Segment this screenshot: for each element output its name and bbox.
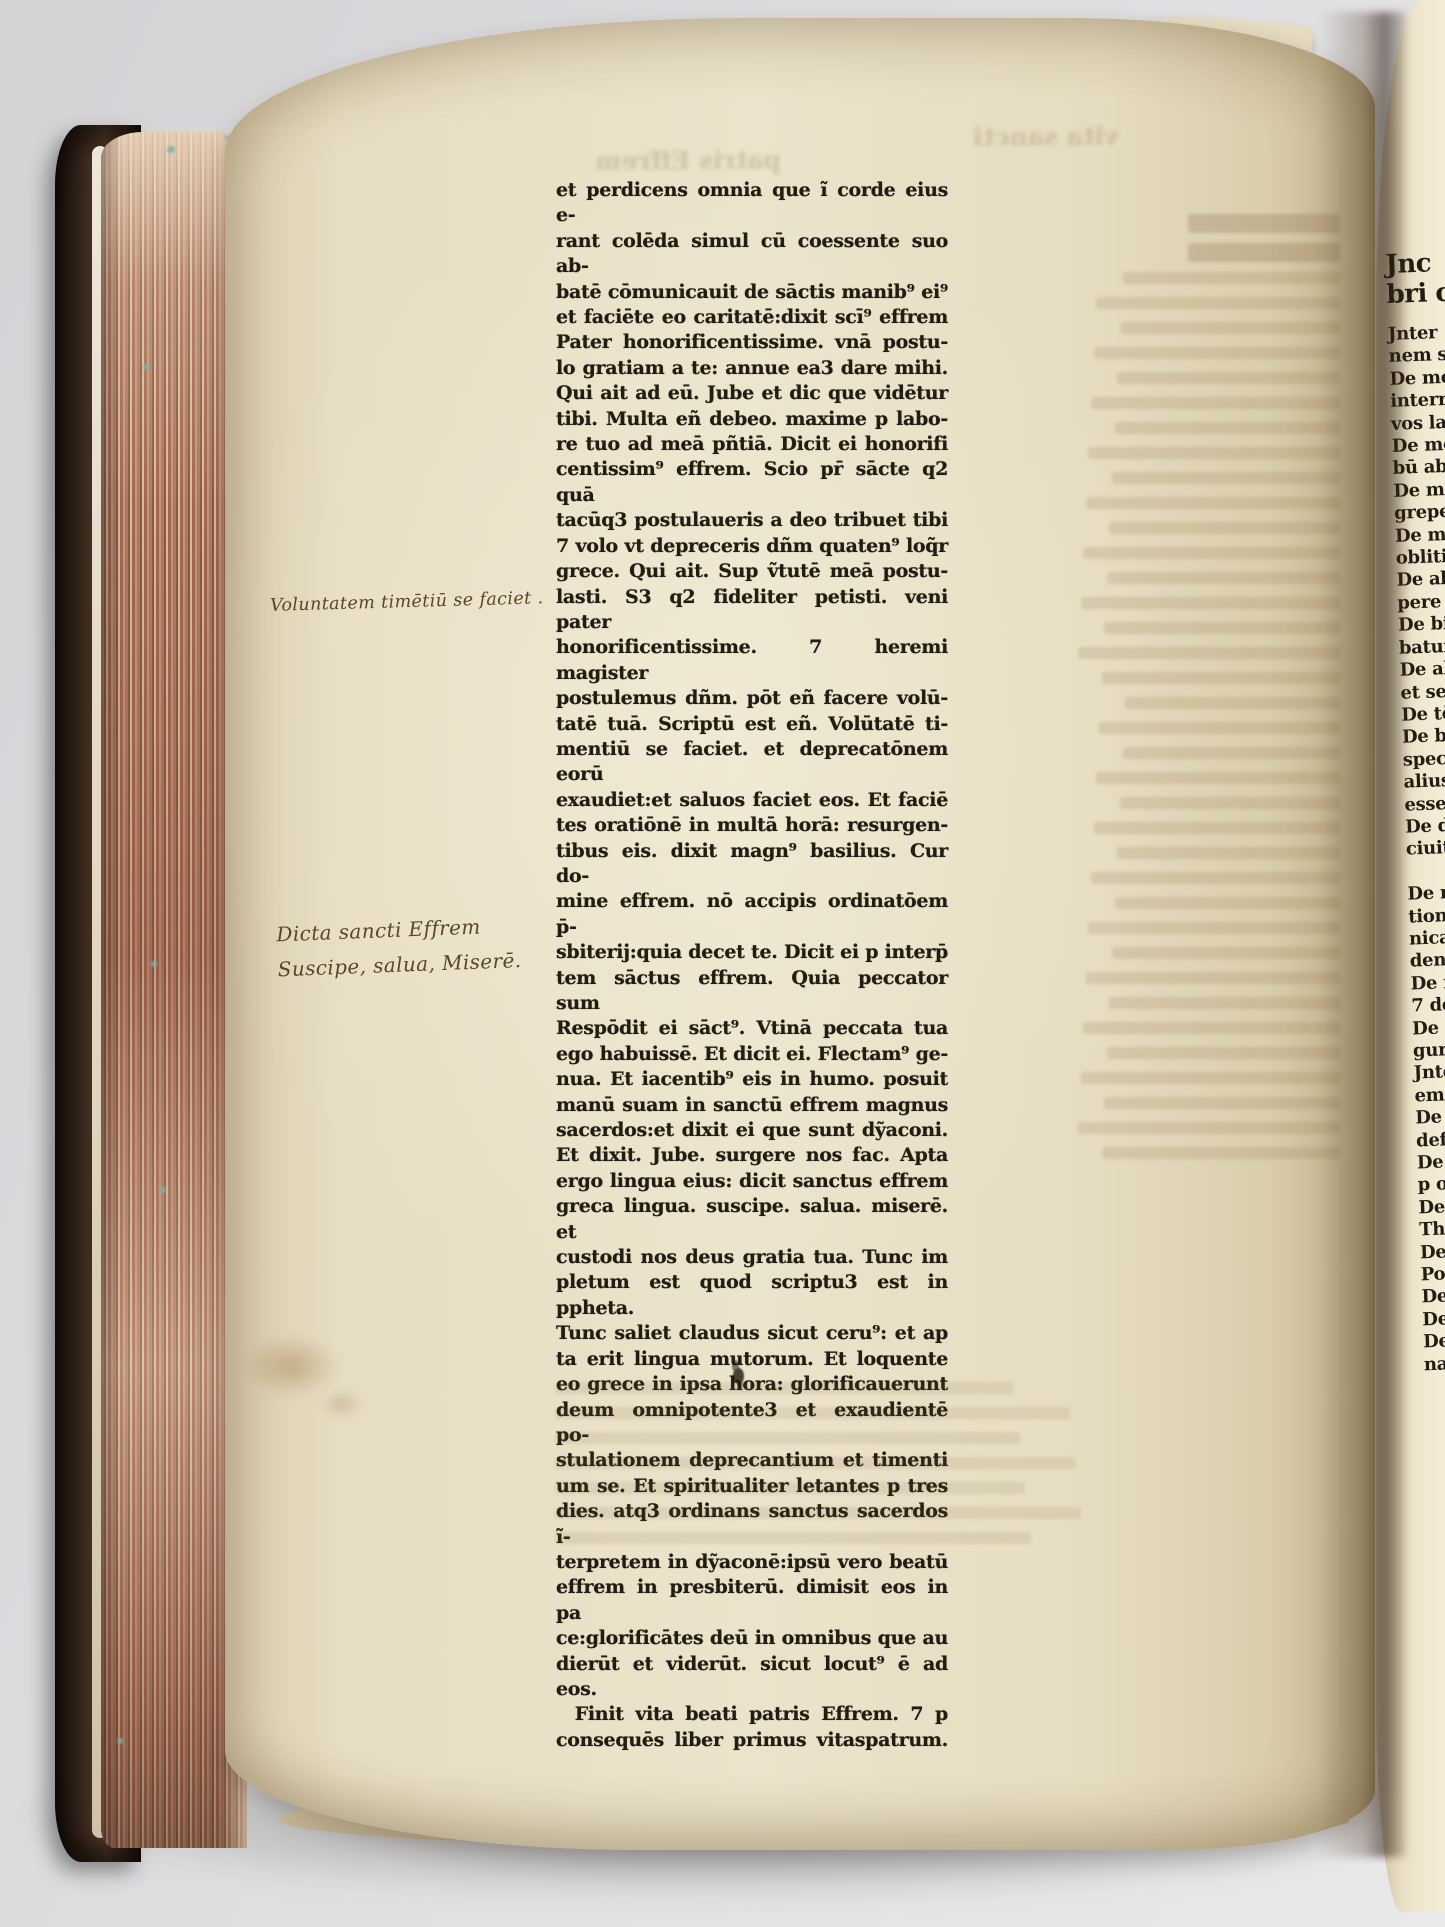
showthrough-line <box>1120 797 1340 809</box>
index-line: specte cui <box>1402 745 1445 772</box>
page-stain <box>320 1390 364 1418</box>
showthrough-line <box>555 1482 1025 1494</box>
showthrough-line <box>1096 297 1340 309</box>
showthrough-line <box>555 1457 1076 1469</box>
showthrough-line <box>1083 1022 1340 1034</box>
index-line: De berem <box>1402 723 1445 750</box>
printed-line: et faciēte eo caritatē:dixit scī⁹ effrem <box>556 305 948 330</box>
showthrough-line <box>1096 772 1340 784</box>
printed-line: effrem in presbiterū. dimisit eos in pa <box>556 1575 948 1626</box>
left-page: patris Effrem vita sancti et perdicens o… <box>225 18 1375 1850</box>
index-line: tione:ante <box>1408 902 1445 929</box>
index-line: De monach <box>1418 1193 1445 1220</box>
showthrough-line <box>1104 622 1340 634</box>
printed-line: ego habuissē. Et dicit ei. Flectam⁹ ge- <box>556 1042 948 1067</box>
index-line: alius mor <box>1403 767 1445 794</box>
printed-line: grece. Qui ait. Sup ṽtutē meā postu- <box>556 559 948 584</box>
index-line: nicatōnis ĩ <box>1409 924 1445 951</box>
paint-fleck <box>151 961 157 967</box>
showthrough-line <box>1083 547 1340 559</box>
index-line: De tēpta <box>1401 700 1445 727</box>
showthrough-line <box>1081 597 1340 609</box>
paint-fleck <box>167 146 175 153</box>
index-line: dentem. <box>1409 947 1445 974</box>
showthrough-line <box>1112 472 1340 484</box>
printed-line: Pater honorificentissime. vnā postu- <box>556 330 948 355</box>
index-line: De heremi <box>1415 1103 1445 1130</box>
running-title-showthrough: patris Effrem <box>595 145 781 175</box>
showthrough-line <box>1086 972 1340 984</box>
printed-line: nua. Et iacentib⁹ eis in humo. posuit <box>556 1067 948 1092</box>
showthrough-line <box>1125 697 1340 709</box>
showthrough-line <box>1094 822 1340 834</box>
printed-line: consequēs liber primus vitaspatrum. <box>556 1728 948 1753</box>
printed-line: greca lingua. suscipe. salua. miserē. et <box>556 1194 948 1245</box>
printed-line: lo gratiam a te: annue ea3 dare mihi. <box>556 356 948 381</box>
showthrough-line <box>1091 397 1340 409</box>
index-line: De monac <box>1407 879 1445 906</box>
index-line: De alio f <box>1399 656 1445 683</box>
printed-line: ergo lingua eius: dicit sanctus effrem <box>556 1169 948 1194</box>
printed-line: Finit vita beati patris Effrem. 7 p <box>556 1702 948 1727</box>
showthrough-line <box>1123 272 1340 284</box>
printed-line: pletum est quod scriptu3 est in ppheta. <box>556 1270 948 1321</box>
showthrough-line <box>1117 847 1340 859</box>
showthrough-line <box>1102 1147 1340 1159</box>
index-line: De ordinati <box>1422 1305 1445 1332</box>
printed-line: tibus eis. dixit magn⁹ basilius. Cur do- <box>556 839 948 890</box>
showthrough-line <box>1086 497 1340 509</box>
printed-line: et perdicens omnia que ĩ corde eius e- <box>556 178 948 229</box>
index-line: De duobo f <box>1417 1148 1445 1175</box>
ink-blot <box>733 1368 744 1384</box>
showthrough-line <box>1117 372 1340 384</box>
index-line: ciuitatem <box>1406 835 1445 862</box>
photo-open-incunable-book: Jncbri c Jnternem suDe mointerrovos labD… <box>0 0 1445 1927</box>
showthrough-line <box>1094 347 1340 359</box>
index-line: guram mul <box>1413 1036 1445 1063</box>
printed-line: custodi nos deus gratia tua. Tunc im <box>556 1245 948 1270</box>
showthrough-line <box>1115 897 1340 909</box>
verso-showthrough-block <box>555 1382 1115 1557</box>
printed-line: ta erit lingua mutorum. Et loquente <box>556 1347 948 1372</box>
printed-line: 7 volo vt depreceris dñm quaten⁹ loq̃r <box>556 534 948 559</box>
showthrough-line <box>555 1407 1070 1419</box>
index-line: Poemen q <box>1420 1260 1445 1287</box>
printed-line: ce:glorificātes deū in omnibus que au <box>556 1626 948 1651</box>
printed-line: postulemus dñm. pōt eñ facere volū- <box>556 686 948 711</box>
printed-line: lasti. S3 q2 fideliter petisti. veni pat… <box>556 585 948 636</box>
showthrough-line <box>1109 997 1340 1009</box>
paint-fleck <box>159 1187 166 1193</box>
printed-line: manū suam in sanctū effrem magnus <box>556 1093 948 1118</box>
index-line: De monaci <box>1410 969 1445 996</box>
showthrough-line <box>1081 1072 1340 1084</box>
showthrough-line <box>1112 947 1340 959</box>
page-stain <box>241 1334 341 1398</box>
showthrough-line <box>555 1532 1031 1544</box>
showthrough-line <box>555 1507 1081 1519</box>
index-line: De monach <box>1412 1014 1445 1041</box>
paint-fleck <box>143 364 150 370</box>
printed-line: mine effrem. nō accipis ordinatōem p̄- <box>556 889 948 940</box>
showthrough-line <box>1088 922 1340 934</box>
showthrough-line <box>1078 1122 1340 1134</box>
showthrough-line <box>1099 722 1340 734</box>
index-line: esset ipa. <box>1404 790 1445 817</box>
index-line: De duobo m <box>1423 1327 1445 1354</box>
printed-line: Respōdit ei sāct⁹. Vtinā peccata tua <box>556 1016 948 1041</box>
index-line: deferebat de <box>1416 1126 1445 1153</box>
printed-line: re tuo ad meā pñtiā. Dicit ei honorifi <box>556 432 948 457</box>
printed-line: sbiterij:quia decet te. Dicit ei p inter… <box>556 940 948 965</box>
paint-fleck <box>117 1738 123 1744</box>
printed-line: mentiū se faciet. et deprecatōnem eorū <box>556 737 948 788</box>
index-line: 7 de alio cu <box>1411 991 1445 1018</box>
printed-line: rant colēda simul cū coessente suo ab- <box>556 229 948 280</box>
verso-showthrough-column <box>1078 214 1340 1172</box>
showthrough-line <box>1088 447 1340 459</box>
printed-line: tes oratiōnē in multā horā: resurgen- <box>556 813 948 838</box>
printed-line: exaudiet:et saluos faciet eos. Et faciē <box>556 788 948 813</box>
showthrough-line <box>1091 872 1340 884</box>
printed-line: sacerdos:et dixit ei que sunt dỹaconi. <box>556 1118 948 1143</box>
running-title-showthrough: vita sancti <box>973 121 1118 151</box>
showthrough-line <box>1115 422 1340 434</box>
printed-line: honorificentissime. 7 heremi magister <box>556 635 948 686</box>
printed-line: batē cōmunicauit de sāctis manib⁹ ei⁹ <box>556 280 948 305</box>
index-line: Theodosius <box>1419 1215 1445 1242</box>
printed-line: Tunc saliet claudus sicut ceru⁹: et ap <box>556 1321 948 1346</box>
printed-line: tem sāctus effrem. Quia peccator sum <box>556 966 948 1017</box>
printed-line: tibi. Multa eñ debeo. maxime p labo- <box>556 407 948 432</box>
showthrough-line <box>1107 1047 1340 1059</box>
showthrough-line <box>1078 647 1340 659</box>
showthrough-line <box>1109 522 1340 534</box>
printed-line: tatē tuā. Scriptū est eñ. Volūtatē ti- <box>556 712 948 737</box>
showthrough-line <box>555 1382 1014 1394</box>
printed-line: dierūt et viderūt. sicut locut⁹ ē ad eos… <box>556 1652 948 1703</box>
handwritten-marginal-note: Dicta sancti EffremSuscipe, salua, Miser… <box>276 907 558 988</box>
showthrough-line <box>1120 322 1340 334</box>
showthrough-line <box>1104 1097 1340 1109</box>
index-line: emen super <box>1414 1081 1445 1108</box>
showthrough-line <box>1107 572 1340 584</box>
printed-line: tacūq3 postulaueris a deo tribuet tibi <box>556 508 948 533</box>
index-line: nachi. <box>1424 1350 1445 1377</box>
gutter-shadow <box>1318 12 1406 1857</box>
index-line: De duobo <box>1405 812 1445 839</box>
handwritten-marginal-note: Voluntatem timētiū se faciet . <box>270 588 550 616</box>
index-line: De sācto A <box>1421 1283 1445 1310</box>
index-line: Jnterroga <box>1413 1059 1445 1086</box>
index-line: De iudice q <box>1420 1238 1445 1265</box>
index-line: et sepius <box>1400 678 1445 705</box>
index-line: p occasionē <box>1417 1171 1445 1198</box>
printed-line: Et dixit. Jube. surgere nos fac. Apta <box>556 1143 948 1168</box>
printed-line: Qui ait ad eū. Jube et dic que vidētur <box>556 381 948 406</box>
printed-line: centissim⁹ effrem. Scio pr̄ sācte q2 quā <box>556 457 948 508</box>
showthrough-line <box>555 1432 1020 1444</box>
showthrough-line <box>1123 747 1340 759</box>
showthrough-line <box>1102 672 1340 684</box>
